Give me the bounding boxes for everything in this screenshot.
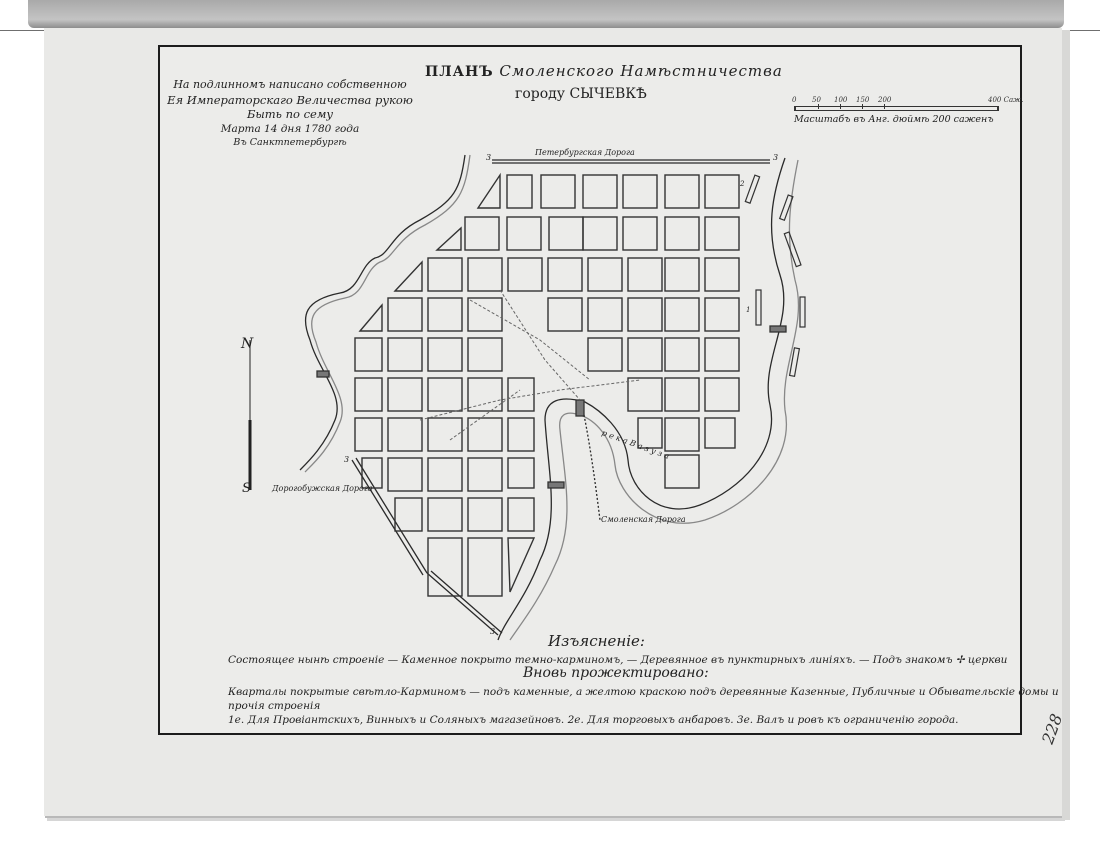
legend-title: Изъясненіе: <box>548 632 645 650</box>
road-dorogobuzh <box>352 458 502 635</box>
compass-north-label: N <box>241 336 253 352</box>
main-bridge-south <box>548 482 564 488</box>
road-label-smolensk: Смоленская Дорога <box>601 515 686 524</box>
road-label-petersburg: Петербургская Дорога <box>535 148 635 157</box>
main-bridge-east <box>770 326 786 332</box>
legend-line-planned-cont: прочія строенія <box>228 700 320 712</box>
marker-3-label: 3 <box>490 627 495 636</box>
marker-3-label: 3 <box>344 455 349 464</box>
road-smolensk <box>584 415 600 520</box>
main-bridge-center <box>576 400 584 416</box>
legend-line-numbered: 1е. Для Провіантскихъ, Винныхъ и Соляных… <box>228 714 958 726</box>
marker-3-label: 3 <box>773 153 778 162</box>
legend-subtitle: Вновь прожектировано: <box>523 665 709 681</box>
marker-2-label: 2 <box>740 180 744 188</box>
road-petersburg <box>492 160 770 163</box>
marker-1-label: 1 <box>746 306 750 314</box>
legend-line-planned: Кварталы покрытые свѣтло-Карминомъ — под… <box>228 686 1059 698</box>
left-bridge <box>317 371 329 377</box>
town-blocks <box>355 175 739 596</box>
compass-south-label: S <box>242 481 251 496</box>
road-label-dorogobuzh: Дорогобужская Дорога <box>272 484 373 493</box>
marker-3-label: 3 <box>486 153 491 162</box>
